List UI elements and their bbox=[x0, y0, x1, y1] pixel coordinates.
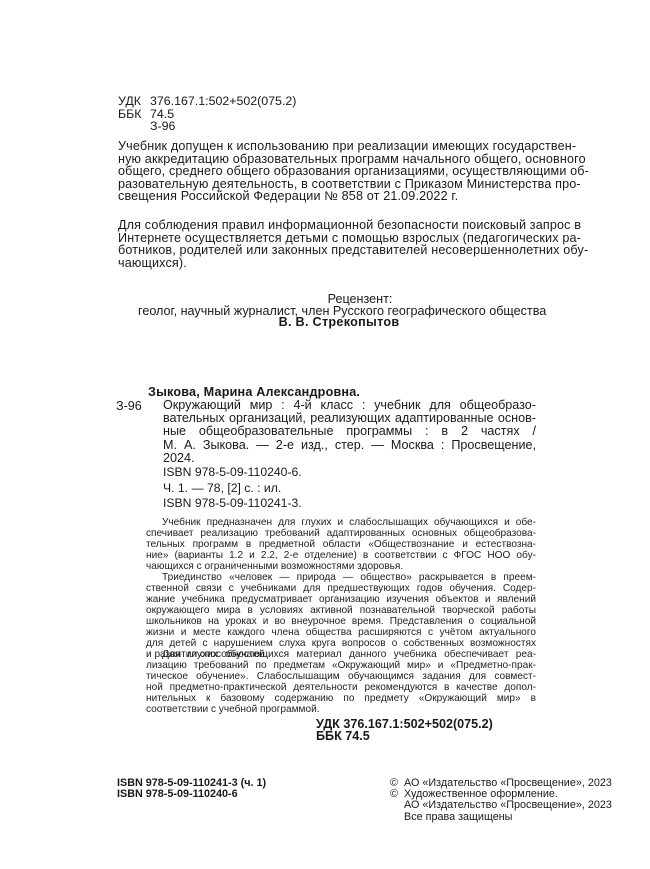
isbn-part: ISBN 978-5-09-110241-3. bbox=[163, 496, 302, 512]
annotation-paragraph-2: Триединство «человек — природа — обществ… bbox=[146, 572, 536, 660]
approval-paragraph: Учебник допущен к использованию при реал… bbox=[118, 140, 538, 203]
text-line: чающихся). bbox=[118, 257, 538, 270]
isbn-block: ISBN 978-5-09-110240-6. Ч. 1. — 78, [2] … bbox=[163, 465, 302, 512]
text-line: соответствии с учебной программой. bbox=[146, 704, 536, 715]
text-line: 2024. bbox=[163, 452, 536, 465]
reviewer-block: Рецензент: геолог, научный журналист, чл… bbox=[118, 294, 538, 329]
bbk-label: ББК bbox=[118, 108, 150, 121]
text-line: свещения Российской Федерации № 858 от 2… bbox=[118, 190, 538, 203]
text-line: жизни и месте каждого члена общества рас… bbox=[146, 627, 536, 638]
text-line: Триединство «человек — природа — обществ… bbox=[146, 572, 536, 583]
text-line: общего, среднего общего образования орга… bbox=[118, 165, 538, 178]
annotation-paragraph-1: Учебник предназначен для глухих и слабос… bbox=[146, 517, 536, 572]
text-line: Для глухих обучающихся материал данного … bbox=[146, 649, 536, 660]
text-line: ной предметно-практической деятельности … bbox=[146, 682, 536, 693]
book-imprint-page: УДК 376.167.1:502+502(075.2) ББК 74.5 З-… bbox=[0, 0, 650, 869]
text-line: лизацию требований по предметам «Окружаю… bbox=[146, 660, 536, 671]
text-line: ные общеобразовательные программы : в 2 … bbox=[163, 425, 536, 438]
udk-value: 376.167.1:502+502(075.2) bbox=[150, 95, 296, 108]
udk-row: УДК 376.167.1:502+502(075.2) bbox=[118, 95, 296, 108]
catalog-code: З-96 bbox=[116, 399, 142, 413]
isbn-set: ISBN 978-5-09-110240-6. bbox=[163, 465, 302, 481]
copyright-icon: © bbox=[390, 789, 404, 800]
bbk-bottom: ББК 74.5 bbox=[316, 730, 493, 742]
bibliographic-description: Окружающий мир : 4-й класс : учебник для… bbox=[163, 399, 536, 465]
text-line: окружающего мира в условиях активной поз… bbox=[146, 605, 536, 616]
all-rights-reserved: Все права защищены bbox=[390, 812, 612, 823]
footer-isbn-block: ISBN 978-5-09-110241-3 (ч. 1) ISBN 978-5… bbox=[117, 778, 266, 800]
bbk-row: ББК 74.5 bbox=[118, 108, 296, 121]
text-line: тельных программ в предметной области «О… bbox=[146, 539, 536, 550]
text-line: тическое обучение». Слабослышащим обучаю… bbox=[146, 671, 536, 682]
reviewer-name: В. В. Стрекопытов bbox=[118, 317, 538, 329]
bottom-classification: УДК 376.167.1:502+502(075.2) ББК 74.5 bbox=[316, 718, 493, 742]
text-line: ботников, родителей или законных предста… bbox=[118, 244, 538, 257]
author-heading: Зыкова, Марина Александровна. bbox=[148, 385, 360, 399]
text-line: школьников на уроках и во внеурочное вре… bbox=[146, 616, 536, 627]
udk-label: УДК bbox=[118, 95, 150, 108]
copyright-block: © АО «Издательство «Просвещение», 2023 ©… bbox=[390, 778, 612, 823]
text-line: спечивает реализацию требований адаптиро… bbox=[146, 528, 536, 539]
text-line: М. А. Зыкова. — 2-е изд., стер. — Москва… bbox=[163, 439, 536, 452]
text-line: Учебник предназначен для глухих и слабос… bbox=[146, 517, 536, 528]
annotation-paragraph-3: Для глухих обучающихся материал данного … bbox=[146, 649, 536, 715]
text-line: жание учебника предусматривает организац… bbox=[146, 594, 536, 605]
internet-safety-paragraph: Для соблюдения правил информационной без… bbox=[118, 219, 538, 269]
classification-block: УДК 376.167.1:502+502(075.2) ББК 74.5 З-… bbox=[118, 95, 296, 133]
text-line: нительных к базовому содержанию по предм… bbox=[146, 693, 536, 704]
author-sign: З-96 bbox=[118, 120, 296, 133]
text-line: для детей с нарушением слуха круга вопро… bbox=[146, 638, 536, 649]
text-line: ние» (варианты 1.2 и 2.2, 2-е отделение)… bbox=[146, 550, 536, 561]
footer-isbn-set: ISBN 978-5-09-110240-6 bbox=[117, 789, 266, 800]
part-info: Ч. 1. — 78, [2] с. : ил. bbox=[163, 481, 302, 497]
text-line: чающихся с ограниченными возможностями з… bbox=[146, 561, 536, 572]
text-line: Учебник допущен к использованию при реал… bbox=[118, 140, 538, 153]
text-line: Для соблюдения правил информационной без… bbox=[118, 219, 538, 232]
text-line: ственной связи с учебниками для предшест… bbox=[146, 583, 536, 594]
copyright-design-owner: АО «Издательство «Просвещение», 2023 bbox=[390, 800, 612, 811]
